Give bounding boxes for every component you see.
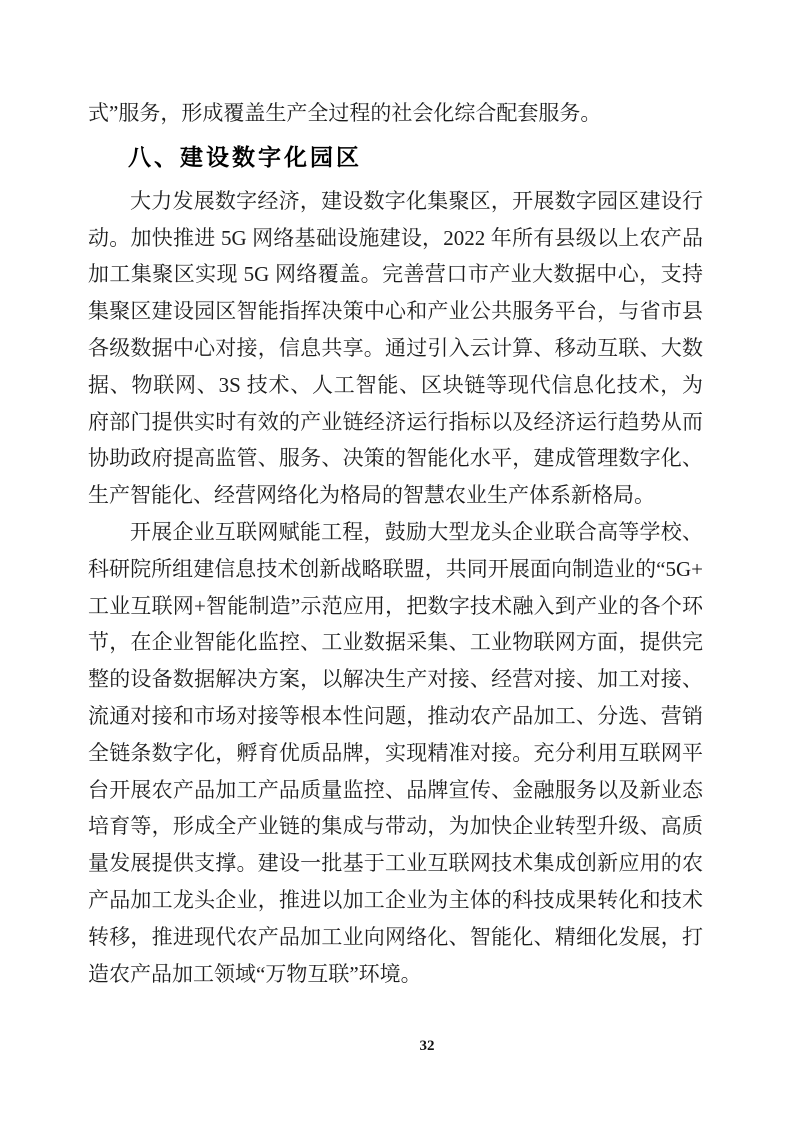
section-heading: 八、建设数字化园区: [88, 136, 703, 179]
body-text-line: 台开展农产品加工产品质量监控、品牌宣传、金融服务以及新业态: [88, 772, 703, 809]
body-text-line: 集聚区建设园区智能指挥决策中心和产业公共服务平台，与省市县: [88, 293, 703, 330]
body-text-line: 大力发展数字经济，建设数字化集聚区，开展数字园区建设行: [88, 183, 703, 220]
page-body: 式”服务，形成覆盖生产全过程的社会化综合配套服务。 八、建设数字化园区 大力发展…: [88, 95, 703, 992]
body-text-line: 各级数据中心对接，信息共享。通过引入云计算、移动互联、大数: [88, 330, 703, 367]
body-text-line: 开展企业互联网赋能工程，鼓励大型龙头企业联合高等学校、: [88, 514, 703, 551]
body-text-line: 府部门提供实时有效的产业链经济运行指标以及经济运行趋势从而: [88, 404, 703, 441]
body-text-line: 量发展提供支撑。建设一批基于工业互联网技术集成创新应用的农: [88, 845, 703, 882]
document-page: 式”服务，形成覆盖生产全过程的社会化综合配套服务。 八、建设数字化园区 大力发展…: [0, 0, 793, 1122]
body-text-line: 产品加工龙头企业，推进以加工企业为主体的科技成果转化和技术: [88, 882, 703, 919]
body-text-line: 全链条数字化，孵育优质品牌，实现精准对接。充分利用互联网平: [88, 735, 703, 772]
body-text-line: 科研院所组建信息技术创新战略联盟，共同开展面向制造业的“5G+: [88, 551, 703, 588]
body-text-line: 据、物联网、3S 技术、人工智能、区块链等现代信息化技术，为政: [88, 367, 703, 404]
body-text-line: 协助政府提高监管、服务、决策的智能化水平，建成管理数字化、: [88, 440, 703, 477]
body-text-line: 动。加快推进 5G 网络基础设施建设，2022 年所有县级以上农产品: [88, 220, 703, 257]
body-text-line: 转移，推进现代农产品加工业向网络化、智能化、精细化发展，打: [88, 919, 703, 956]
body-text-line: 节，在企业智能化监控、工业数据采集、工业物联网方面，提供完: [88, 624, 703, 661]
paragraph-tail-line: 式”服务，形成覆盖生产全过程的社会化综合配套服务。: [88, 95, 703, 132]
body-text-line: 生产智能化、经营网络化为格局的智慧农业生产体系新格局。: [88, 477, 703, 514]
body-text-line: 流通对接和市场对接等根本性问题，推动农产品加工、分选、营销: [88, 698, 703, 735]
body-text-line: 整的设备数据解决方案，以解决生产对接、经营对接、加工对接、: [88, 661, 703, 698]
body-text-line: 加工集聚区实现 5G 网络覆盖。完善营口市产业大数据中心，支持各: [88, 256, 703, 293]
body-text-line: 造农产品加工领域“万物互联”环境。: [88, 956, 703, 993]
body-text-line: 工业互联网+智能制造”示范应用，把数字技术融入到产业的各个环: [88, 588, 703, 625]
page-number: 32: [404, 1038, 450, 1055]
body-text-line: 培育等，形成全产业链的集成与带动，为加快企业转型升级、高质: [88, 808, 703, 845]
